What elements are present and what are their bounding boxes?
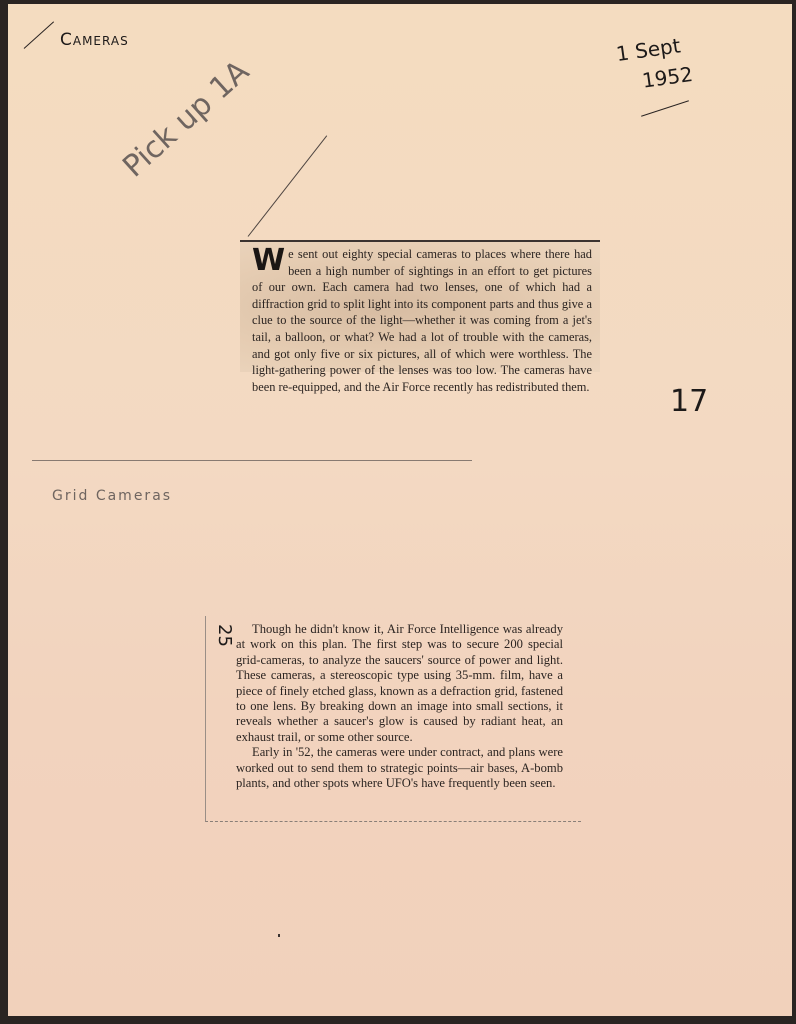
pickup-slash-line [248, 135, 328, 236]
date-underline [641, 100, 689, 116]
handwritten-date: 1 Sept 1952 [614, 29, 695, 99]
date-line-2: 1952 [640, 59, 695, 96]
newspaper-clipping-1: We sent out eighty special cameras to pl… [240, 240, 600, 372]
clipping-1-body: e sent out eighty special cameras to pla… [252, 247, 592, 394]
paper-speck [278, 934, 280, 937]
document-page: Cameras 1 Sept 1952 Pick up 1A We sent o… [8, 4, 792, 1016]
section-divider [32, 460, 472, 461]
handwritten-title: Cameras [60, 30, 129, 50]
newspaper-clipping-2: Though he didn't know it, Air Force Inte… [205, 616, 581, 822]
drop-cap: W [252, 247, 285, 275]
margin-mark: 25 [213, 624, 235, 647]
clipping-2-paragraph-1: Though he didn't know it, Air Force Inte… [236, 622, 563, 745]
grid-cameras-label: Grid Cameras [52, 488, 172, 504]
page-number: 17 [670, 384, 708, 419]
arrow-mark [24, 21, 54, 49]
clipping-2-paragraph-2: Early in '52, the cameras were under con… [236, 745, 563, 791]
pickup-note: Pick up 1A [116, 54, 256, 185]
clipping-1-text: We sent out eighty special cameras to pl… [252, 246, 592, 395]
